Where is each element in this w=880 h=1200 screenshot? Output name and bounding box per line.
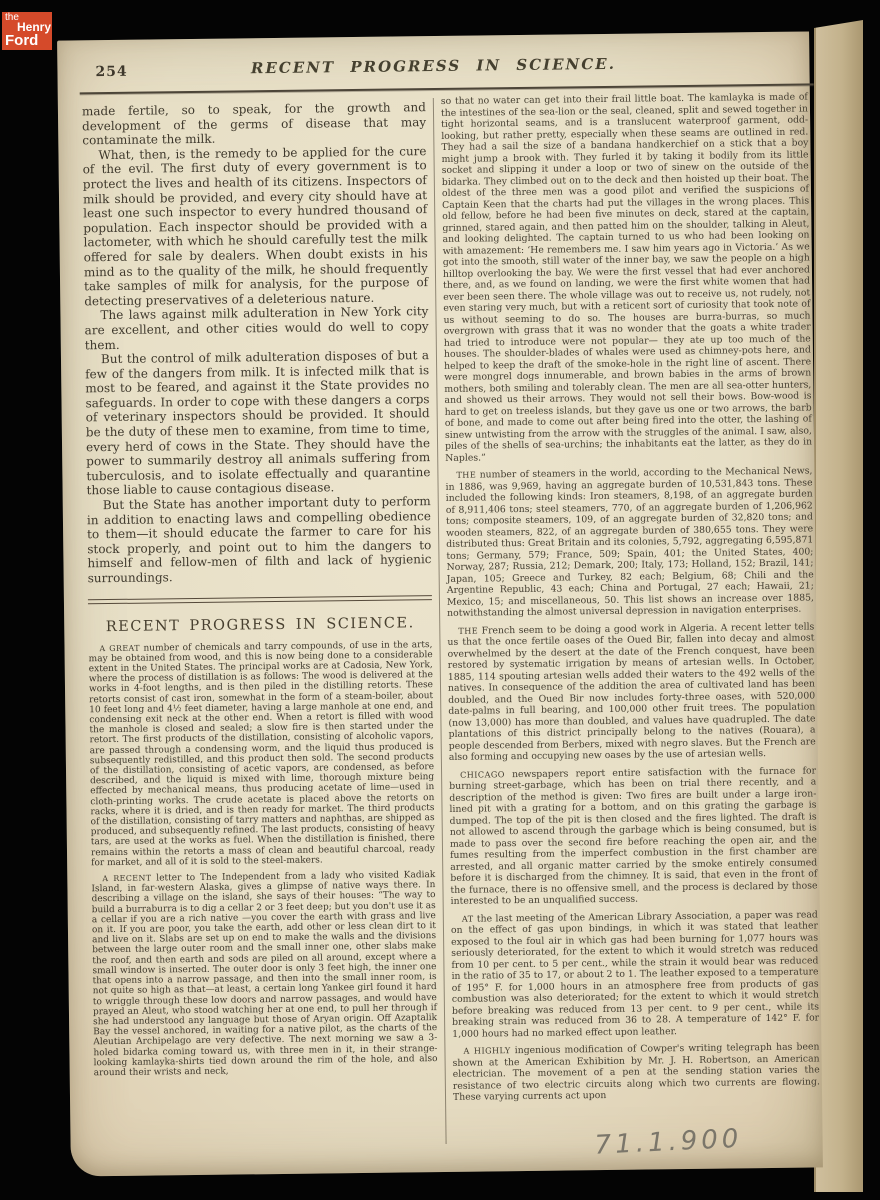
- paragraph-lead: CHICAGO: [460, 769, 505, 780]
- paragraph-lead: A RECENT: [102, 874, 151, 884]
- science-notes-left: A GREAT number of chemicals and tarry co…: [88, 640, 437, 1079]
- running-head: RECENT PROGRESS IN SCIENCE.: [81, 53, 785, 80]
- scanned-page-photo: the Henry Ford 254 RECENT PROGRESS IN SC…: [0, 0, 880, 1200]
- paragraph-text: letter to The Independent from a lady wh…: [91, 870, 437, 1078]
- logo-text-ford: Ford: [5, 32, 38, 49]
- paragraph-text: number of chemicals and tarry compounds,…: [89, 640, 435, 868]
- paragraph-text: number of steamers in the world, accordi…: [446, 465, 815, 618]
- milk-article-continuation: made fertile, so to speak, for the growt…: [82, 100, 432, 586]
- paragraph: What, then, is the remedy to be applied …: [82, 144, 428, 309]
- paragraph: A GREAT number of chemicals and tarry co…: [88, 640, 435, 869]
- paragraph: CHICAGO newspapers report entire satisfa…: [449, 765, 818, 907]
- paragraph: The laws against milk adulteration in Ne…: [84, 304, 429, 352]
- paragraph-lead: THE: [458, 625, 478, 635]
- paragraph: THE number of steamers in the world, acc…: [445, 465, 814, 619]
- paragraph: But the State has another important duty…: [87, 494, 432, 586]
- accession-number-handwriting: 71.1.900: [594, 1124, 743, 1161]
- section-divider-rule: [88, 595, 432, 604]
- paragraph-lead: A GREAT: [99, 643, 139, 652]
- paragraph: A HIGHLY ingenious modification of Cowpe…: [452, 1041, 820, 1103]
- paragraph-text: newspapers report entire satisfaction wi…: [449, 765, 817, 907]
- paragraph: so that no water can get into their frai…: [441, 91, 812, 463]
- book-page-edge: [814, 20, 863, 1192]
- paragraph-text: the last meeting of the American Library…: [451, 909, 819, 1039]
- paragraph-lead: THE: [456, 470, 476, 480]
- section-heading: RECENT PROGRESS IN SCIENCE.: [88, 615, 432, 635]
- paragraph: A RECENT letter to The Independent from …: [91, 870, 437, 1078]
- right-column: so that no water can get into their frai…: [441, 91, 820, 1103]
- left-column: made fertile, so to speak, for the growt…: [82, 100, 438, 1078]
- paragraph: THE French seem to be doing a good work …: [447, 621, 816, 763]
- paragraph: AT the last meeting of the American Libr…: [451, 909, 820, 1040]
- paragraph-lead: AT: [462, 913, 474, 923]
- paragraph-text: French seem to be doing a good work in A…: [447, 621, 815, 763]
- paragraph-lead: A HIGHLY: [463, 1045, 510, 1056]
- henry-ford-logo: the Henry Ford: [2, 12, 52, 50]
- paragraph: made fertile, so to speak, for the growt…: [82, 100, 427, 148]
- magazine-page: 254 RECENT PROGRESS IN SCIENCE. made fer…: [57, 31, 823, 1176]
- paragraph: But the control of milk adulteration dis…: [85, 348, 431, 498]
